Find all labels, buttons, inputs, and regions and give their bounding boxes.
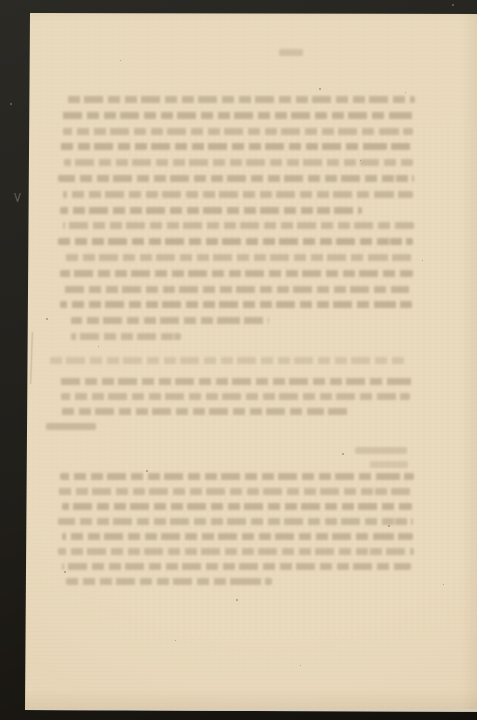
document-page	[0, 0, 477, 720]
dust-speck	[342, 453, 344, 455]
dust-speck	[319, 88, 321, 90]
dust-speck	[405, 92, 406, 93]
scanner-bed-background: { "scan": { "frame_top_color": "#2b2a25"…	[0, 0, 477, 720]
dust-speck	[388, 525, 390, 527]
dust-speck	[175, 640, 176, 641]
dust-speck	[300, 665, 301, 666]
dust-speck	[120, 60, 121, 61]
scanner-bed-scratch-mark	[14, 193, 21, 202]
dust-speck	[422, 260, 423, 261]
dust-speck	[452, 4, 454, 6]
dust-speck	[443, 584, 444, 585]
dust-speck	[98, 346, 99, 347]
dust-speck	[360, 160, 361, 161]
paper-bottom-edge	[25, 709, 477, 711]
dust-speck	[10, 103, 12, 105]
dust-speck	[146, 470, 148, 472]
dust-speck	[236, 599, 238, 601]
paper-specks-layer	[0, 0, 477, 720]
dust-speck	[64, 571, 66, 573]
dust-speck	[46, 318, 48, 320]
